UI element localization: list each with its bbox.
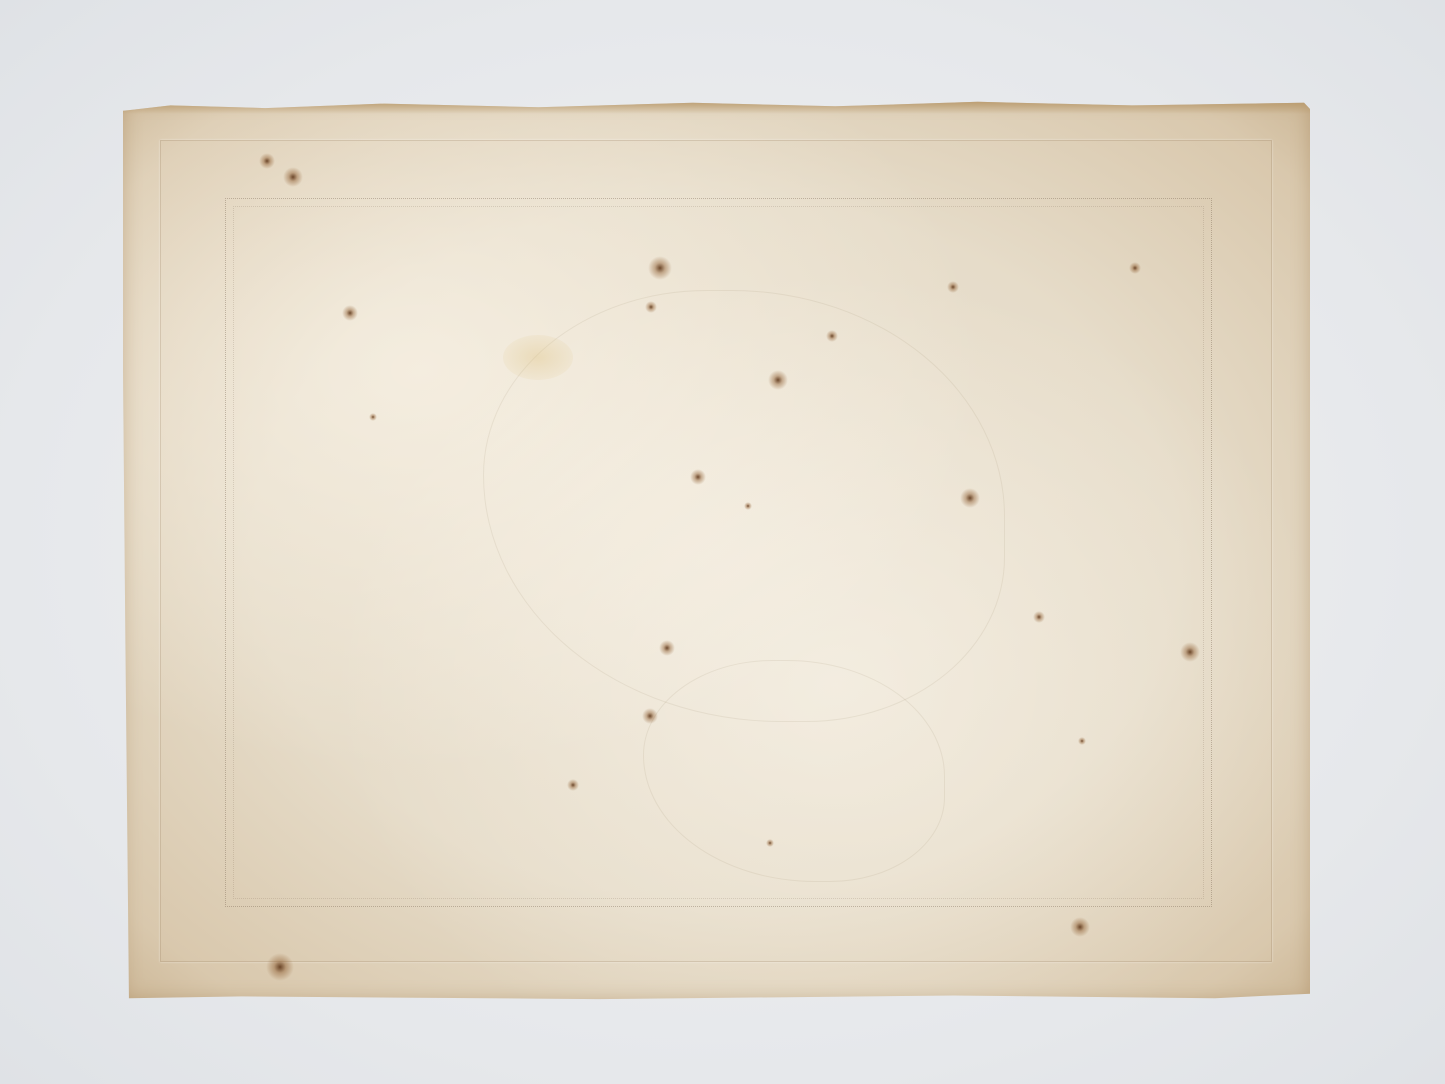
foxing-spot — [648, 256, 672, 280]
foxing-spot — [1129, 262, 1141, 274]
foxing-spot — [690, 469, 706, 485]
foxing-spot — [1070, 917, 1090, 937]
foxing-spot — [642, 708, 658, 724]
foxing-spot — [645, 301, 657, 313]
foxing-spot — [1033, 611, 1045, 623]
foxing-spot — [259, 153, 275, 169]
foxing-spot — [369, 413, 377, 421]
foxing-spot — [947, 281, 959, 293]
foxing-spot — [659, 640, 675, 656]
paper-sheet — [123, 100, 1310, 1000]
foxing-spot — [283, 167, 303, 187]
foxing-spot — [744, 502, 752, 510]
foxing-spot — [567, 779, 579, 791]
foxing-spot — [766, 839, 774, 847]
foxing-spot — [960, 488, 980, 508]
water-stain — [503, 335, 573, 380]
foxing-spot — [342, 305, 358, 321]
foxing-spot — [768, 370, 788, 390]
foxing-spot — [266, 953, 294, 981]
foxing-spot — [826, 330, 838, 342]
foxing-spot — [1078, 737, 1086, 745]
foxing-spot — [1180, 642, 1200, 662]
